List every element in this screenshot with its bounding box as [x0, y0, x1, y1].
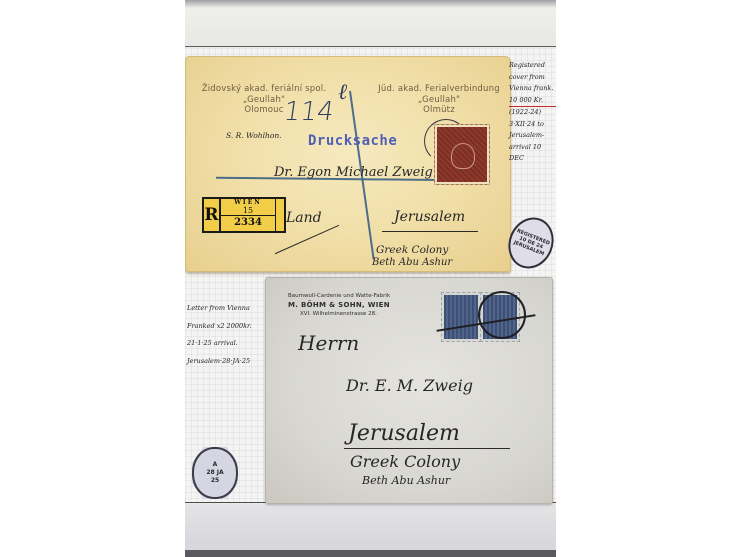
receiving-postmark-jerusalem: A 28 JA 25	[192, 447, 238, 499]
album-bottom-edge	[185, 550, 556, 557]
sender-right-line: Jüd. akad. Ferialverbindung	[369, 84, 509, 95]
destination-district: Beth Abu Ashur	[362, 474, 450, 487]
cover-upper: Židovský akad. feriální spol. „Geullah" …	[185, 56, 511, 272]
annotation-line: arrival 10 DEC	[509, 142, 556, 165]
destination-area: Greek Colony	[350, 452, 460, 471]
stamp-brown-icon	[435, 125, 489, 184]
manuscript-land: Land	[286, 210, 322, 226]
stamp-blue-icon	[442, 293, 480, 341]
annotation-line: Registered	[509, 60, 556, 72]
destination-city: Jerusalem	[348, 421, 460, 446]
greeting: Herrn	[298, 331, 359, 355]
firm-name: M. BÖHM & SOHN, WIEN	[288, 300, 390, 310]
annotation-line: Letter from Vienna	[187, 300, 265, 318]
registration-number: 2334	[221, 216, 275, 230]
annotation-line: cover from	[509, 72, 556, 84]
cover-lower: Baumwoll-Cardenie und Watte-Fabrik M. BÖ…	[265, 277, 553, 504]
album-bottom-strip	[185, 504, 556, 550]
sender-right-line: „Geullah"	[369, 95, 509, 106]
city-underline	[344, 448, 510, 449]
postmark-ring-icon	[192, 447, 238, 499]
annotation-left: Letter from Vienna Franked x2 2000kr. 21…	[187, 300, 265, 370]
addressee: Dr. E. M. Zweig	[346, 376, 473, 395]
registration-body: WIEN 15 2334	[221, 199, 275, 231]
annotation-line: 3·XII·24 to	[509, 119, 556, 131]
sender-left-line: Židovský akad. feriální spol.	[194, 84, 334, 95]
addressee: Dr. Egon Michael Zweig	[274, 165, 433, 180]
registration-side-strip	[275, 199, 284, 231]
registration-letter: R	[204, 199, 221, 231]
sender-note: S. R. Wohlhon.	[226, 131, 282, 140]
printed-matter-mark: Drucksache	[308, 133, 397, 149]
sender-right-line: Olmütz	[369, 105, 509, 116]
annotation-line-underlined: 10 000 Kr.	[509, 95, 556, 108]
firm-imprint: Baumwoll-Cardenie und Watte-Fabrik M. BÖ…	[288, 292, 390, 318]
annotation-line: (1922-24)	[509, 107, 556, 119]
postmark-icon	[478, 291, 526, 339]
album-page: Židovský akad. feriální spol. „Geullah" …	[185, 0, 556, 557]
registration-district: 15	[221, 207, 275, 216]
sender-address-german: Jüd. akad. Ferialverbindung „Geullah" Ol…	[369, 84, 509, 116]
destination-city: Jerusalem	[394, 209, 465, 225]
annotation-line: Jerusalem·28·JA·25	[187, 353, 265, 371]
manuscript-number: 114	[282, 97, 336, 127]
annotation-line: Franked x2 2000kr.	[187, 318, 265, 336]
city-underline	[382, 231, 478, 232]
album-top-strip	[185, 0, 556, 47]
registration-label: R WIEN 15 2334	[202, 197, 286, 233]
firm-address: XVI. Wilhelminenstrasse 28.	[288, 310, 390, 318]
annotation-line: Vienna frank.	[509, 83, 556, 95]
annotation-line: Jerusalem-	[509, 130, 556, 142]
annotation-right: Registered cover from Vienna frank. 10 0…	[509, 60, 556, 165]
firm-line: Baumwoll-Cardenie und Watte-Fabrik	[288, 292, 390, 300]
manuscript-symbol-icon: ℓ	[338, 79, 347, 105]
destination-district: Beth Abu Ashur	[372, 257, 452, 268]
annotation-line: 21·1·25 arrival.	[187, 335, 265, 353]
destination-area: Greek Colony	[376, 244, 448, 256]
